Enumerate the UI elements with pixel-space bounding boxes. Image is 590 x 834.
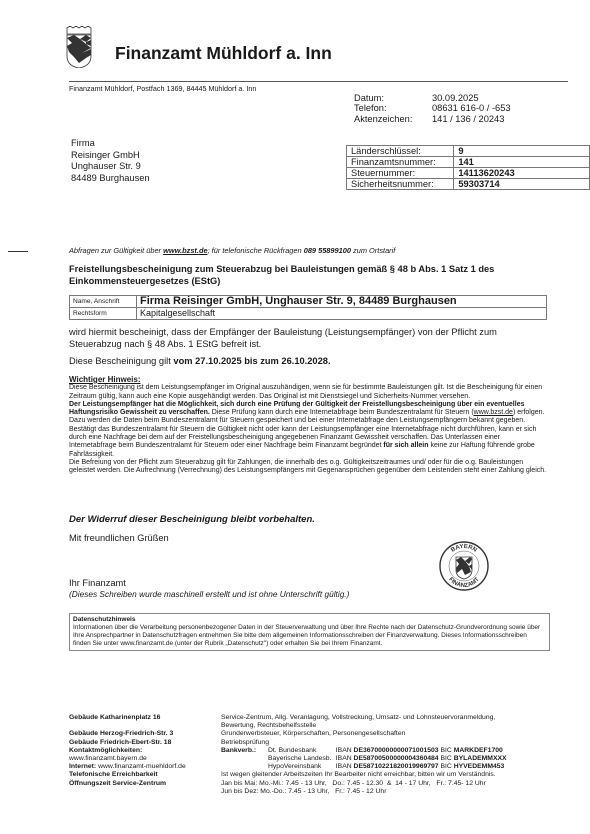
privacy-notice: Datenschutzhinweis Informationen über di… bbox=[69, 613, 550, 651]
header-divider bbox=[69, 81, 568, 82]
revocation-note: Der Widerruf dieser Bescheinigung bleibt… bbox=[69, 514, 315, 525]
footer-contacts: Gebäude Katharinenplatz 16 Gebäude Herzo… bbox=[69, 714, 186, 788]
certification-text: wird hiermit bescheinigt, dass der Empfä… bbox=[69, 327, 549, 350]
bzst-link[interactable]: www.bzst.de bbox=[474, 409, 513, 416]
machine-generated-note: (Dieses Schreiben wurde maschinell erste… bbox=[69, 589, 349, 599]
meta-date: Datum:30.09.2025 bbox=[354, 93, 511, 103]
recipient-address: Firma Reisinger GmbH Unghauser Str. 9 84… bbox=[71, 138, 150, 184]
table-row: Steuernummer:14113620243 bbox=[347, 168, 590, 179]
important-notice: Wichtiger Hinweis: Diese Bescheinigung i… bbox=[69, 376, 549, 476]
bank-row: Bankverb.:Dt. Bundesbank IBAN DE36700000… bbox=[221, 747, 507, 755]
website-link[interactable]: www.finanzamt.bayern.de bbox=[69, 755, 186, 763]
bzst-link[interactable]: www.bzst.de bbox=[163, 246, 207, 255]
table-row: Sicherheitsnummer:59303714 bbox=[347, 179, 590, 190]
meta-file-number: Aktenzeichen:141 / 136 / 20243 bbox=[354, 114, 511, 124]
bank-row: HypoVereinsbank IBAN DE58710221820019969… bbox=[221, 763, 507, 771]
svg-text:BAYERN: BAYERN bbox=[450, 544, 477, 554]
certificate-heading: Freistellungsbescheinigung zum Steuerabz… bbox=[69, 264, 549, 287]
table-row: Finanzamtsnummer:141 bbox=[347, 157, 590, 168]
internet-link[interactable]: www.finanzamt-muehldorf.de bbox=[96, 763, 186, 770]
closing: Mit freundlichen Grüßen bbox=[69, 533, 169, 543]
opening-hours: Jan bis Mai: Mo.-Mi.: 7.45 - 13 Uhr, Do.… bbox=[221, 780, 507, 788]
opening-hours: Jun bis Dez: Mo.-Do.: 7.45 - 13 Uhr, Fr.… bbox=[221, 788, 507, 796]
bank-row: Bayerische Landesb. IBAN DE5870050000000… bbox=[221, 755, 507, 763]
table-row: Länderschlüssel:9 bbox=[347, 146, 590, 157]
table-row: Rechtsform Kapitalgesellschaft bbox=[70, 308, 547, 320]
footer-details: Service-Zentrum, Allg. Veranlagung, Voll… bbox=[221, 714, 507, 796]
signature: Ihr Finanzamt bbox=[69, 578, 126, 588]
office-title: Finanzamt Mühldorf a. Inn bbox=[115, 43, 332, 64]
letter-meta: Datum:30.09.2025 Telefon:08631 616-0 / -… bbox=[354, 93, 511, 124]
notice-title: Wichtiger Hinweis: bbox=[69, 376, 549, 384]
sender-line: Finanzamt Mühldorf, Postfach 1369, 84445… bbox=[69, 84, 256, 93]
validity-query-line: Abfragen zur Gültigkeit über www.bzst.de… bbox=[69, 246, 395, 255]
bavarian-coat-of-arms-icon bbox=[66, 26, 92, 68]
fold-mark bbox=[8, 251, 28, 252]
meta-phone: Telefon:08631 616-0 / -653 bbox=[354, 103, 511, 113]
tax-keys-table: Länderschlüssel:9 Finanzamtsnummer:141 S… bbox=[346, 145, 590, 190]
table-row: Name, Anschrift Firma Reisinger GmbH, Un… bbox=[70, 296, 547, 308]
validity-period: Diese Bescheinigung gilt vom 27.10.2025 … bbox=[69, 356, 331, 366]
official-seal-icon: BAYERN FINANZAMT bbox=[438, 540, 490, 592]
firm-table: Name, Anschrift Firma Reisinger GmbH, Un… bbox=[69, 295, 547, 320]
